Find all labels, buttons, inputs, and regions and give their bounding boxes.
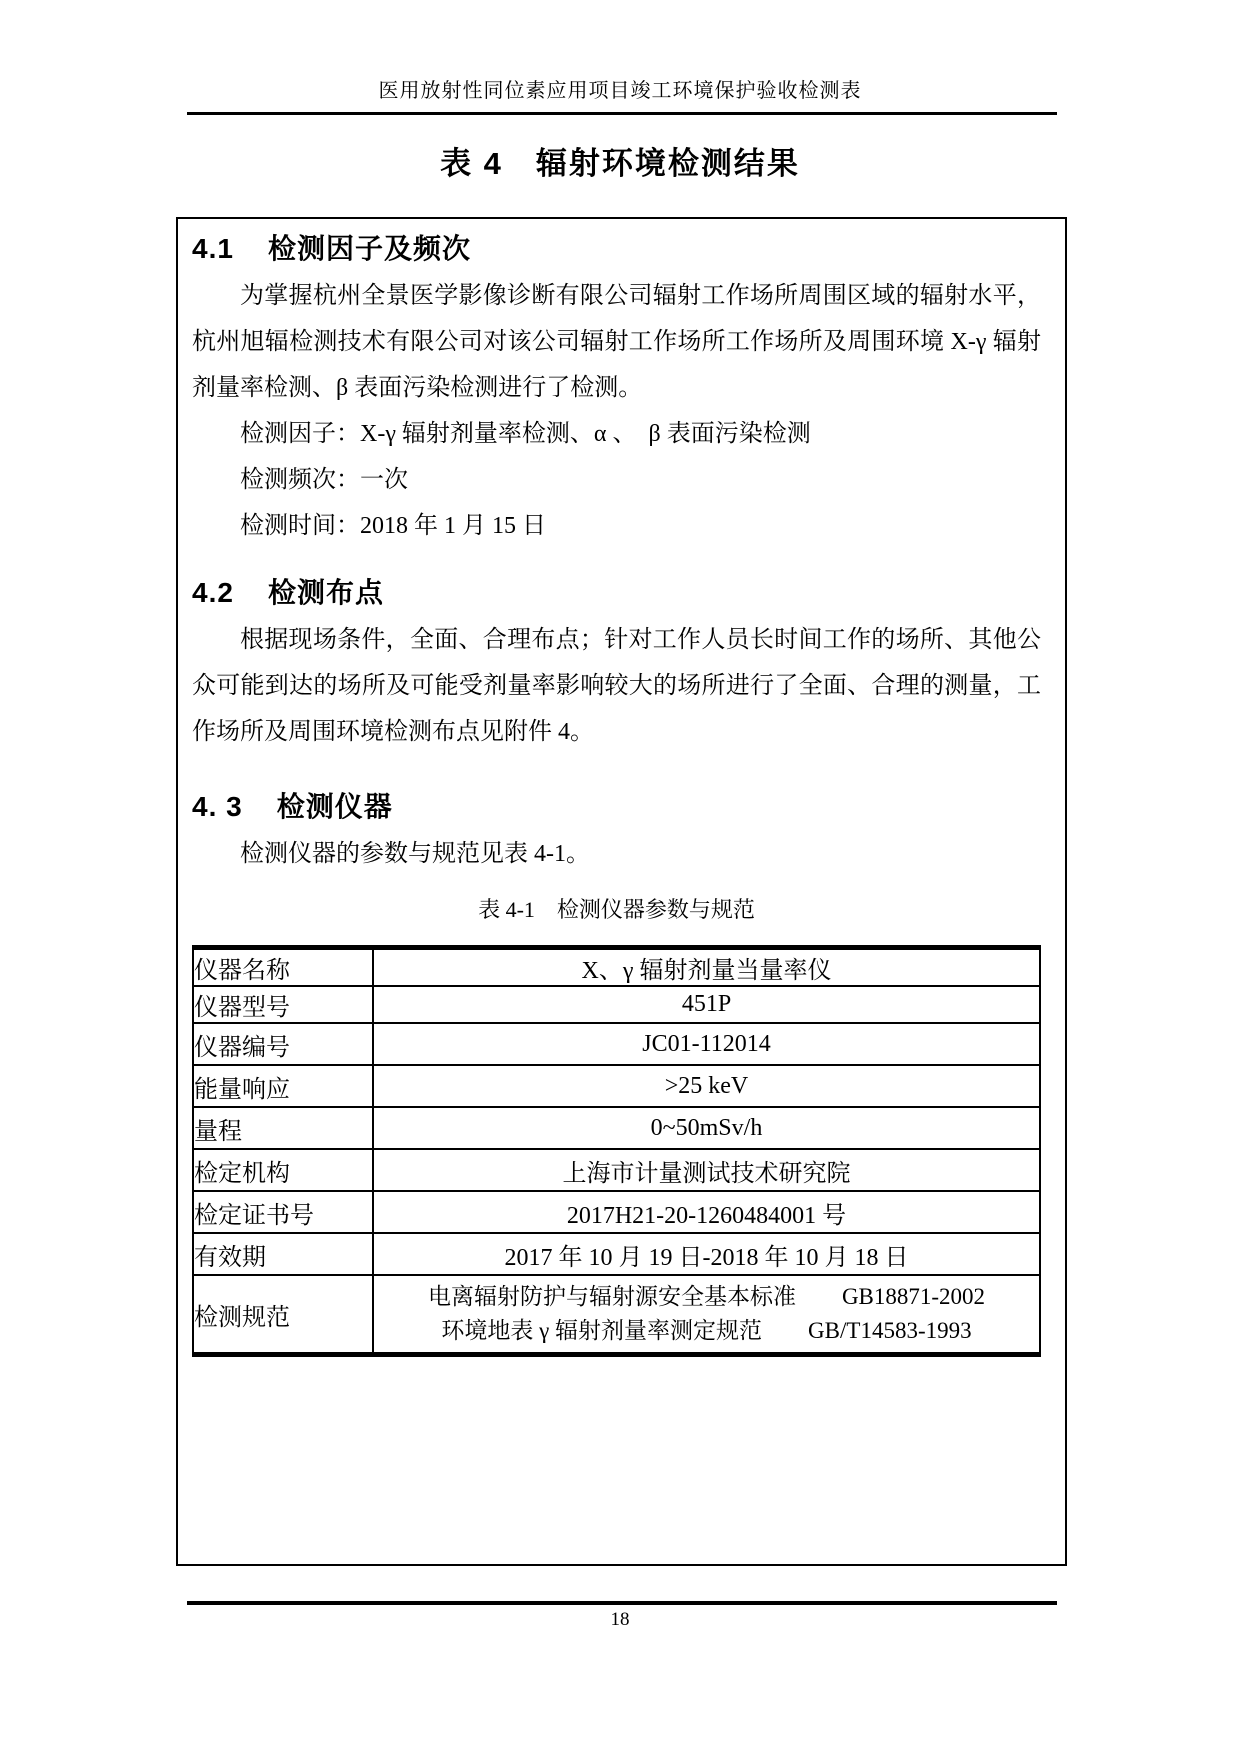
section-title: 检测仪器 <box>277 791 393 822</box>
row-label: 仪器型号 <box>193 986 373 1023</box>
row-value: 451P <box>373 986 1040 1023</box>
section-heading-4-3: 4. 3检测仪器 <box>192 785 1041 825</box>
row-label: 量程 <box>193 1107 373 1149</box>
row-value: >25 keV <box>373 1065 1040 1107</box>
row-label: 检定证书号 <box>193 1191 373 1233</box>
row-value: 0~50mSv/h <box>373 1107 1040 1149</box>
content-box: 4.1检测因子及频次 为掌握杭州全景医学影像诊断有限公司辐射工作场所周围区域的辐… <box>176 217 1067 1566</box>
section-number: 4.1 <box>192 233 234 264</box>
table-row: 量程 0~50mSv/h <box>193 1107 1040 1149</box>
paragraph-4-2: 根据现场条件，全面、合理布点；针对工作人员长时间工作的场所、其他公众可能到达的场… <box>192 617 1041 755</box>
section-heading-4-2: 4.2检测布点 <box>192 571 1041 611</box>
section-heading-4-1: 4.1检测因子及频次 <box>192 227 1041 267</box>
standard-line-1: 电离辐射防护与辐射源安全基本标准 GB18871-2002 <box>374 1280 1039 1314</box>
row-value: 2017H21-20-1260484001 号 <box>373 1191 1040 1233</box>
row-label: 能量响应 <box>193 1065 373 1107</box>
table-row: 检定机构 上海市计量测试技术研究院 <box>193 1149 1040 1191</box>
row-label: 仪器编号 <box>193 1023 373 1065</box>
row-label: 检测规范 <box>193 1275 373 1355</box>
table-row: 仪器型号 451P <box>193 986 1040 1023</box>
table-row: 有效期 2017 年 10 月 19 日-2018 年 10 月 18 日 <box>193 1233 1040 1275</box>
row-value: JC01-112014 <box>373 1023 1040 1065</box>
table-row: 检测规范 电离辐射防护与辐射源安全基本标准 GB18871-2002 环境地表 … <box>193 1275 1040 1355</box>
row-label: 仪器名称 <box>193 948 373 987</box>
header-divider <box>187 112 1057 115</box>
standard-line-2: 环境地表 γ 辐射剂量率测定规范 GB/T14583-1993 <box>374 1314 1039 1348</box>
row-label: 检定机构 <box>193 1149 373 1191</box>
instrument-table: 仪器名称 X、γ 辐射剂量当量率仪 仪器型号 451P 仪器编号 JC01-11… <box>192 945 1041 1357</box>
section-number: 4. 3 <box>192 791 243 822</box>
section-title: 检测布点 <box>268 577 384 608</box>
paragraph-4-3: 检测仪器的参数与规范见表 4-1。 <box>192 831 1041 877</box>
table-row: 检定证书号 2017H21-20-1260484001 号 <box>193 1191 1040 1233</box>
detection-factor-line: 检测因子：X-γ 辐射剂量率检测、α 、 β 表面污染检测 <box>192 411 1041 457</box>
footer-divider <box>187 1601 1057 1605</box>
page-number: 18 <box>0 1609 1240 1631</box>
section-number: 4.2 <box>192 577 234 608</box>
table-row: 仪器编号 JC01-112014 <box>193 1023 1040 1065</box>
table-caption: 表 4-1 检测仪器参数与规范 <box>192 891 1041 929</box>
row-label: 有效期 <box>193 1233 373 1275</box>
row-value: X、γ 辐射剂量当量率仪 <box>373 948 1040 987</box>
section-title: 检测因子及频次 <box>268 233 471 264</box>
row-value: 电离辐射防护与辐射源安全基本标准 GB18871-2002 环境地表 γ 辐射剂… <box>373 1275 1040 1355</box>
table-row: 能量响应 >25 keV <box>193 1065 1040 1107</box>
detection-time-line: 检测时间：2018 年 1 月 15 日 <box>192 503 1041 549</box>
table-row: 仪器名称 X、γ 辐射剂量当量率仪 <box>193 948 1040 987</box>
document-page: 医用放射性同位素应用项目竣工环境保护验收检测表 表 4 辐射环境检测结果 4.1… <box>0 0 1240 1754</box>
paragraph-4-1: 为掌握杭州全景医学影像诊断有限公司辐射工作场所周围区域的辐射水平，杭州旭辐检测技… <box>192 273 1041 411</box>
page-title: 表 4 辐射环境检测结果 <box>0 138 1240 183</box>
detection-frequency-line: 检测频次：一次 <box>192 457 1041 503</box>
row-value: 上海市计量测试技术研究院 <box>373 1149 1040 1191</box>
row-value: 2017 年 10 月 19 日-2018 年 10 月 18 日 <box>373 1233 1040 1275</box>
page-header: 医用放射性同位素应用项目竣工环境保护验收检测表 <box>0 74 1240 103</box>
